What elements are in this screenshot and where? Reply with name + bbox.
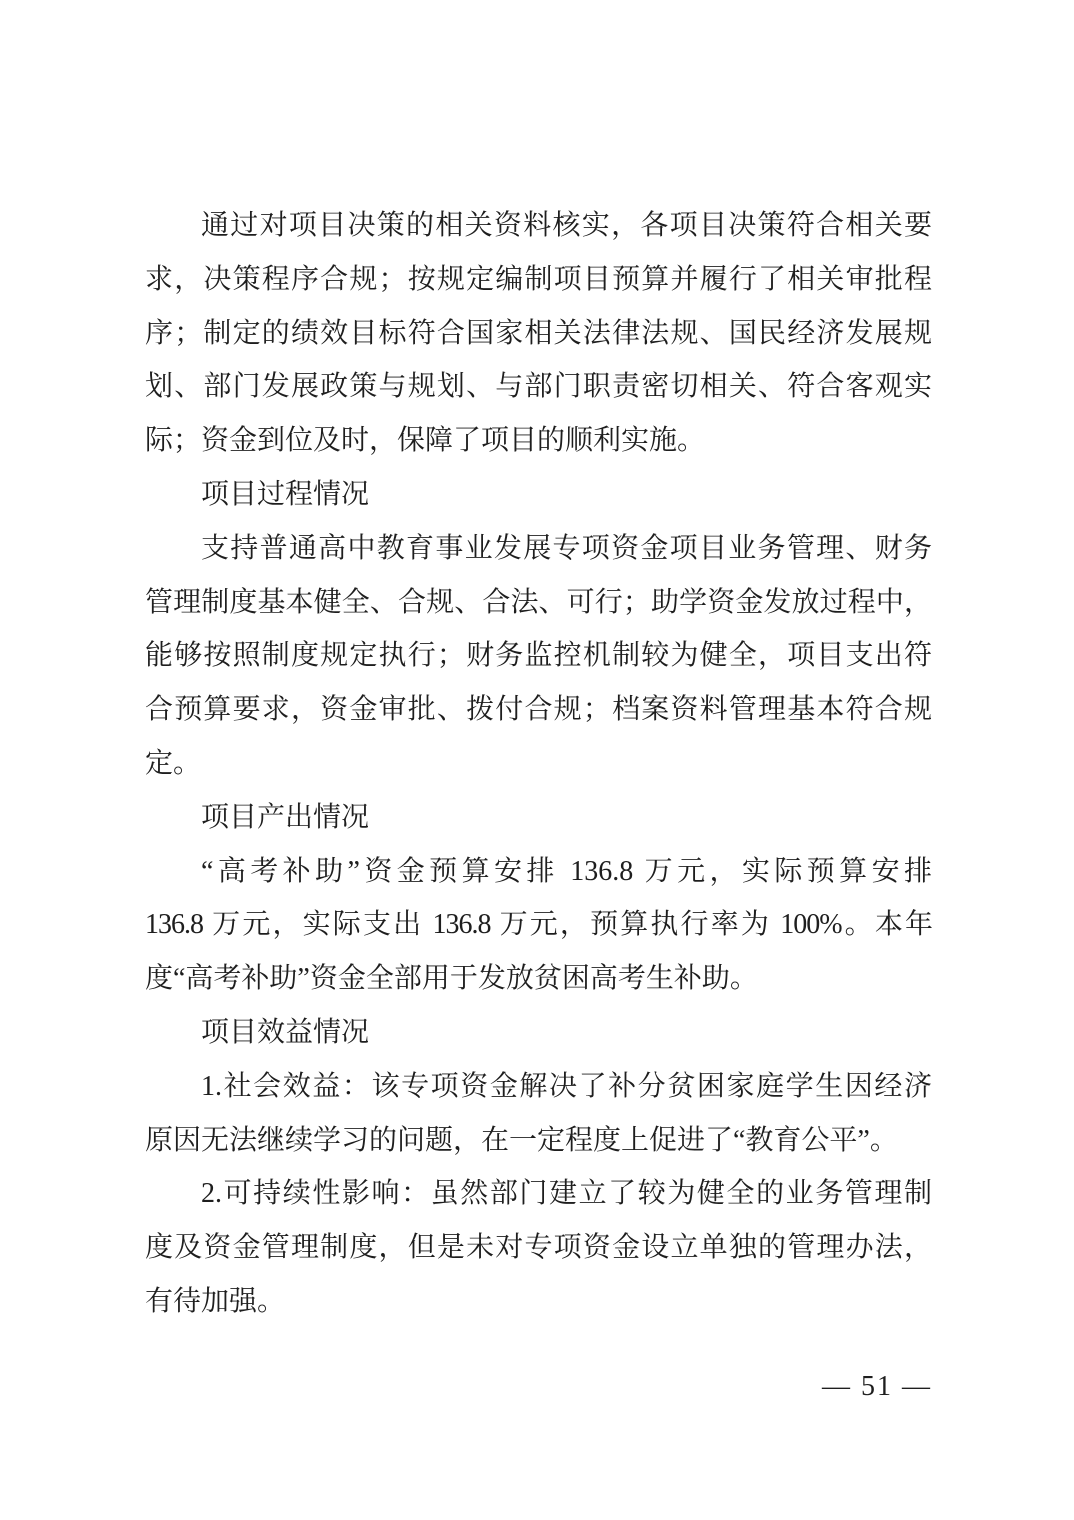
text-line: 划、部门发展政策与规划、与部门职责密切相关、符合客观实 <box>145 360 932 414</box>
text-line: 136.8 万元，实际支出 136.8 万元，预算执行率为 100%。本年 <box>145 898 932 952</box>
section-heading: 项目产出情况 <box>145 791 932 845</box>
text-line: 定。 <box>145 737 932 791</box>
text-line: 有待加强。 <box>145 1275 932 1329</box>
text-line: 际；资金到位及时，保障了项目的顺利实施。 <box>145 414 932 468</box>
text-line: 通过对项目决策的相关资料核实，各项目决策符合相关要 <box>145 199 932 253</box>
text-line: 序；制定的绩效目标符合国家相关法律法规、国民经济发展规 <box>145 307 932 361</box>
text-line: 能够按照制度规定执行；财务监控机制较为健全，项目支出符 <box>145 629 932 683</box>
text-line: 求，决策程序合规；按规定编制项目预算并履行了相关审批程 <box>145 253 932 307</box>
text-line: 2.可持续性影响：虽然部门建立了较为健全的业务管理制 <box>145 1167 932 1221</box>
document-page: 通过对项目决策的相关资料核实，各项目决策符合相关要 求，决策程序合规；按规定编制… <box>0 0 1074 1520</box>
text-line: 管理制度基本健全、合规、合法、可行；助学资金发放过程中， <box>145 576 932 630</box>
text-line: 度及资金管理制度，但是未对专项资金设立单独的管理办法， <box>145 1221 932 1275</box>
section-heading: 项目过程情况 <box>145 468 932 522</box>
page-number: — 51 — <box>822 1371 932 1403</box>
text-line: 1.社会效益：该专项资金解决了补分贫困家庭学生因经济 <box>145 1060 932 1114</box>
document-body: 通过对项目决策的相关资料核实，各项目决策符合相关要 求，决策程序合规；按规定编制… <box>145 199 932 1329</box>
text-line: 合预算要求，资金审批、拨付合规；档案资料管理基本符合规 <box>145 683 932 737</box>
section-heading: 项目效益情况 <box>145 1006 932 1060</box>
text-line: “高考补助”资金预算安排 136.8 万元，实际预算安排 <box>145 845 932 899</box>
text-line: 原因无法继续学习的问题，在一定程度上促进了“教育公平”。 <box>145 1114 932 1168</box>
text-line: 度“高考补助”资金全部用于发放贫困高考生补助。 <box>145 952 932 1006</box>
text-line: 支持普通高中教育事业发展专项资金项目业务管理、财务 <box>145 522 932 576</box>
